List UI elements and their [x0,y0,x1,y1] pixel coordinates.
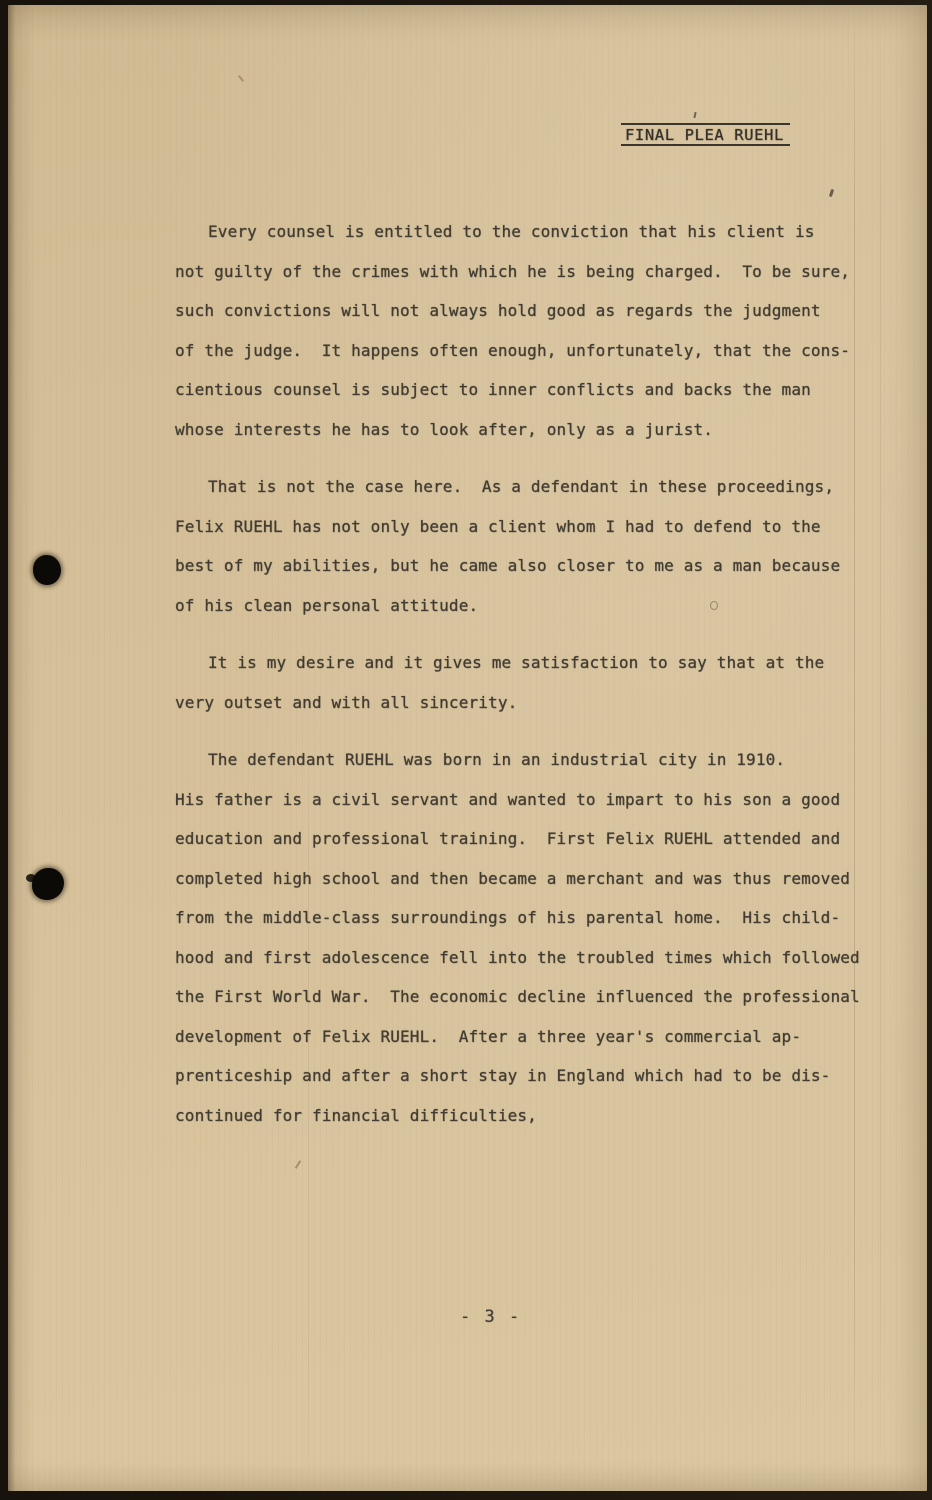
text-line: not guilty of the crimes with which he i… [175,252,885,292]
text-line: development of Felix RUEHL. After a thre… [175,1017,885,1057]
text-line: Felix RUEHL has not only been a client w… [175,507,885,547]
text-line: very outset and with all sincerity. [175,683,885,723]
text-line: prenticeship and after a short stay in E… [175,1056,885,1096]
ink-speck [295,1160,301,1169]
document-page: FINAL PLEA RUEHL Every counsel is entitl… [8,5,927,1491]
paragraph: The defendant RUEHL was born in an indus… [175,740,885,1135]
ink-speck [238,75,244,82]
text-line: The defendant RUEHL was born in an indus… [175,740,885,780]
page-edge-shadow [8,5,15,1491]
text-line: from the middle-class surroundings of hi… [175,898,885,938]
text-line: Every counsel is entitled to the convict… [175,212,885,252]
ink-speck [693,112,696,118]
paragraph: Every counsel is entitled to the convict… [175,212,885,449]
text-line: such convictions will not always hold go… [175,291,885,331]
paragraph: It is my desire and it gives me satisfac… [175,643,885,722]
text-line: the First World War. The economic declin… [175,977,885,1017]
page-number: - 3 - [460,1302,521,1332]
text-line: education and professional training. Fir… [175,819,885,859]
scan-background: FINAL PLEA RUEHL Every counsel is entitl… [0,0,932,1500]
text-line: cientious counsel is subject to inner co… [175,370,885,410]
text-line: completed high school and then became a … [175,859,885,899]
document-title: FINAL PLEA RUEHL [621,123,790,146]
text-line: His father is a civil servant and wanted… [175,780,885,820]
text-line: of the judge. It happens often enough, u… [175,331,885,371]
document-body: Every counsel is entitled to the convict… [175,212,885,1153]
paragraph: That is not the case here. As a defendan… [175,467,885,625]
hole-punch-top [33,555,61,585]
text-line: That is not the case here. As a defendan… [175,467,885,507]
text-line: It is my desire and it gives me satisfac… [175,643,885,683]
hole-punch-bottom [32,868,64,900]
text-line: hood and first adolescence fell into the… [175,938,885,978]
text-line: best of my abilities, but he came also c… [175,546,885,586]
text-line: continued for financial difficulties, [175,1096,885,1136]
text-line: of his clean personal attitude. [175,586,885,626]
ink-speck [829,189,834,198]
text-line: whose interests he has to look after, on… [175,410,885,450]
